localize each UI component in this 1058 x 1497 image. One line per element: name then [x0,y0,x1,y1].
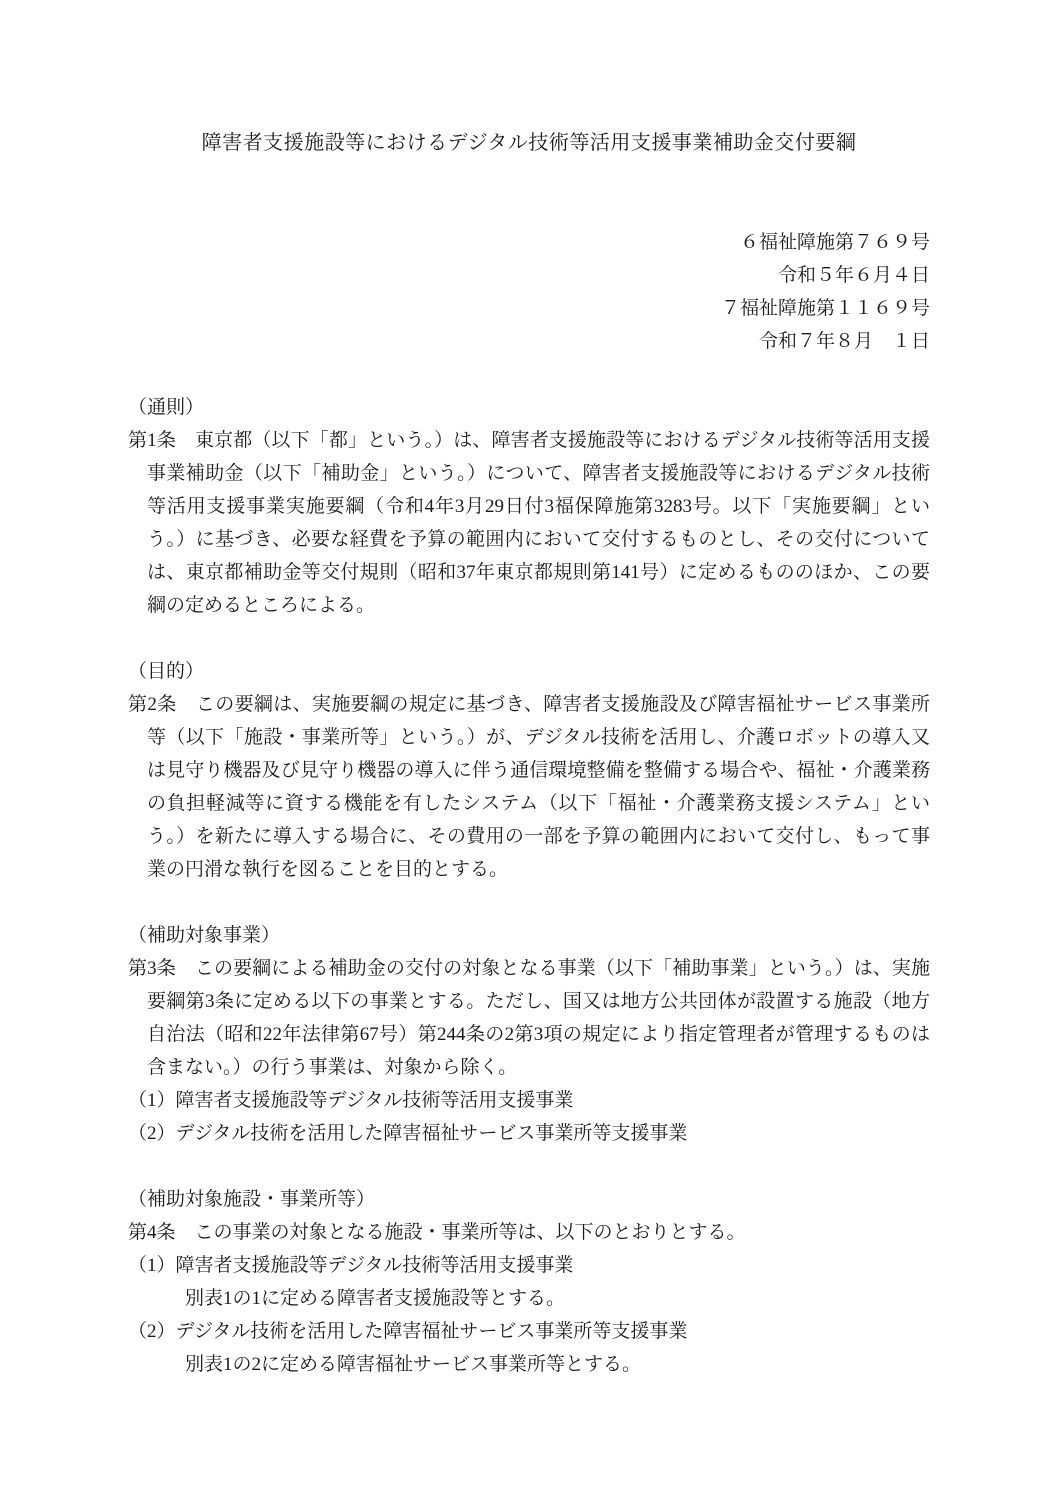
article-4-item-2: （2）デジタル技術を活用した障害福祉サービス事業所等支援事業 [128,1315,930,1348]
article-4-item-1-detail: 別表1の1に定める障害者支援施設等とする。 [128,1282,930,1315]
section-heading: （補助対象施設・事業所等） [128,1183,930,1216]
doc-number-line-2: ７福祉障施第１１６９号 [128,292,930,325]
article-4-item-2-detail: 別表1の2に定める障害福祉サービス事業所等とする。 [128,1348,930,1381]
article-4-text: 第4条 この事業の対象となる施設・事業所等は、以下のとおりとする。 [128,1216,930,1249]
article-3-text: 第3条 この要綱による補助金の交付の対象となる事業（以下「補助事業」という。）は… [128,952,930,1084]
article-3-item-1: （1）障害者支援施設等デジタル技術等活用支援事業 [128,1084,930,1117]
section-eligible-facilities: （補助対象施設・事業所等） 第4条 この事業の対象となる施設・事業所等は、以下の… [128,1183,930,1381]
article-4-item-1: （1）障害者支援施設等デジタル技術等活用支援事業 [128,1249,930,1282]
section-heading: （目的） [128,655,930,688]
section-eligible-projects: （補助対象事業） 第3条 この要綱による補助金の交付の対象となる事業（以下「補助… [128,919,930,1150]
section-general-rules: （通則） 第1条 東京都（以下「都」という。）は、障害者支援施設等におけるデジタ… [128,391,930,622]
article-1-text: 第1条 東京都（以下「都」という。）は、障害者支援施設等におけるデジタル技術等活… [128,424,930,622]
article-3-item-2: （2）デジタル技術を活用した障害福祉サービス事業所等支援事業 [128,1117,930,1150]
doc-date-line-2: 令和７年８月 １日 [128,325,930,358]
article-2-text: 第2条 この要綱は、実施要綱の規定に基づき、障害者支援施設及び障害福祉サービス事… [128,688,930,886]
document-page: 障害者支援施設等におけるデジタル技術等活用支援事業補助金交付要綱 ６福祉障施第７… [0,0,1058,1497]
document-title: 障害者支援施設等におけるデジタル技術等活用支援事業補助金交付要綱 [128,127,930,160]
issuance-block: ６福祉障施第７６９号 令和５年６月４日 ７福祉障施第１１６９号 令和７年８月 １… [128,226,930,358]
section-heading: （補助対象事業） [128,919,930,952]
doc-date-line-1: 令和５年６月４日 [128,259,930,292]
document-content: 障害者支援施設等におけるデジタル技術等活用支援事業補助金交付要綱 ６福祉障施第７… [128,0,930,1381]
section-purpose: （目的） 第2条 この要綱は、実施要綱の規定に基づき、障害者支援施設及び障害福祉… [128,655,930,886]
doc-number-line-1: ６福祉障施第７６９号 [128,226,930,259]
section-heading: （通則） [128,391,930,424]
